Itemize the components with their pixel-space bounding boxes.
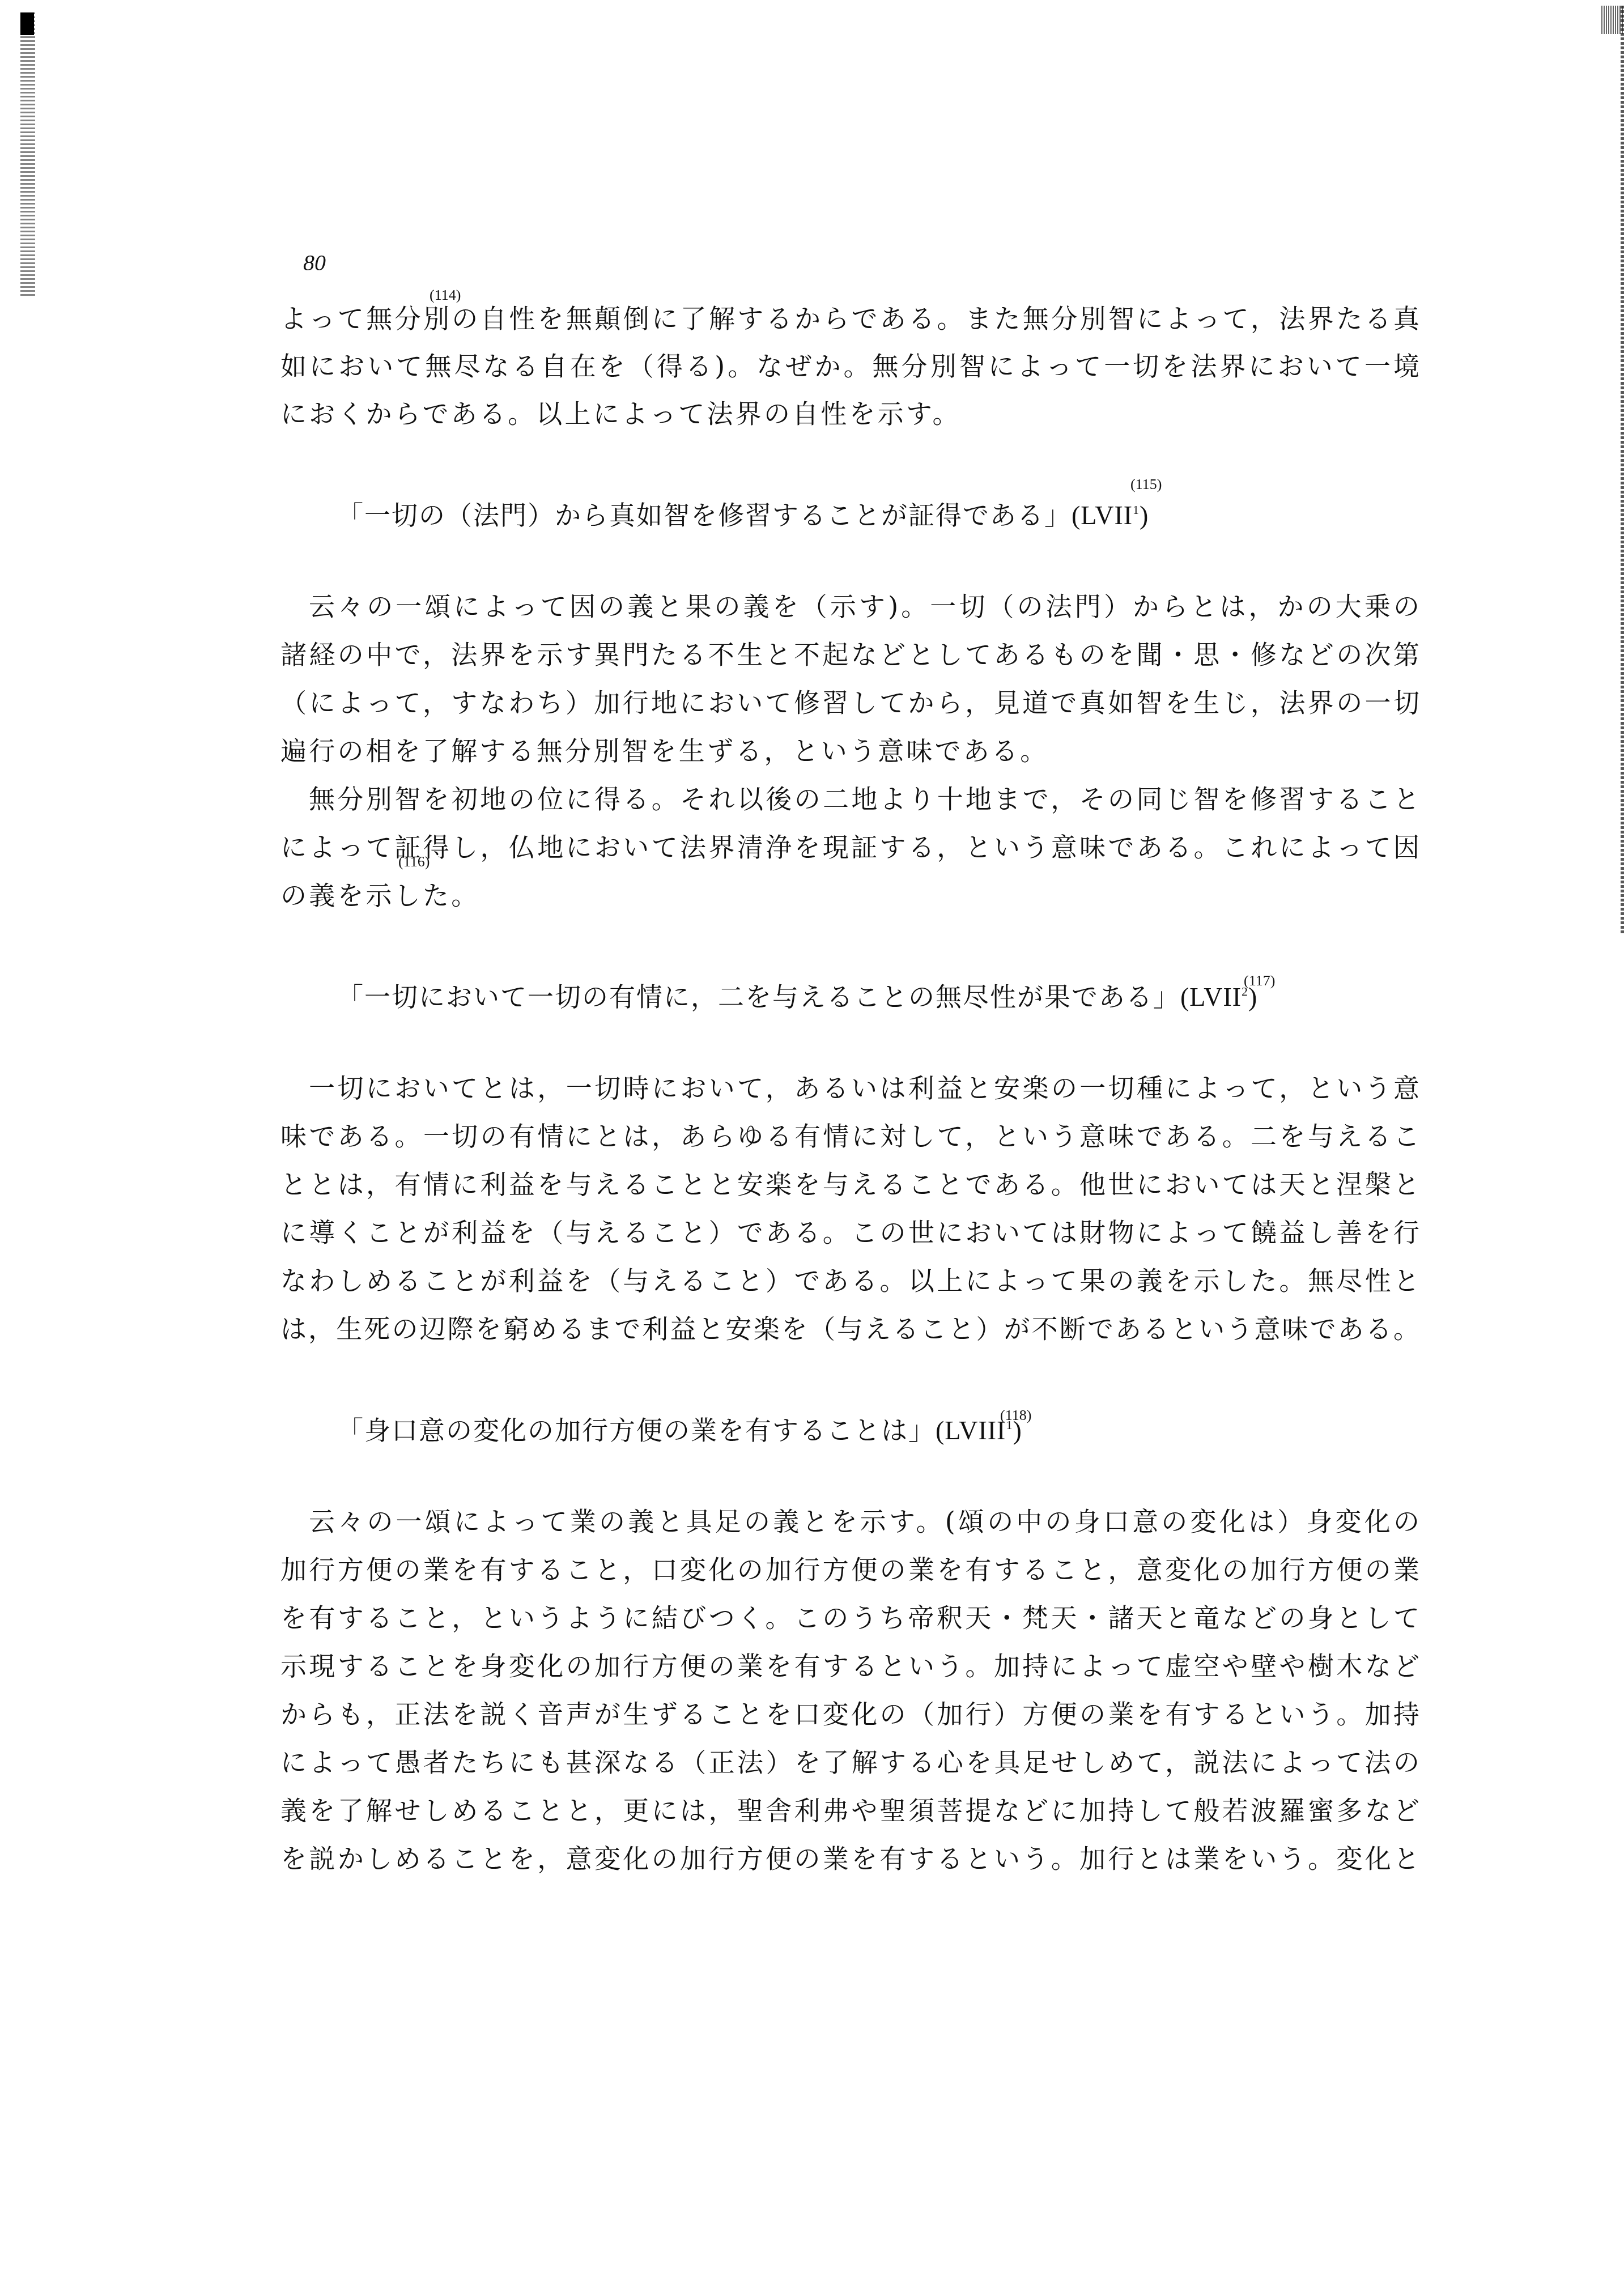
body-line: 一切においてとは，一切時において，あるいは利益と安楽の一切種によって，という意 xyxy=(280,1071,1419,1105)
body-line: 味である。一切の有情にとは，あらゆる有情に対して，という意味である。二を与えるこ xyxy=(280,1119,1419,1153)
verse-quote: 「一切の（法門）から真如智を修習することが証得である」(LVII1) xyxy=(337,493,1149,527)
scan-edge-left-top xyxy=(20,12,34,35)
body-line: は，生死の辺際を窮めるまで利益と安楽を（与えること）が不断であるという意味である… xyxy=(280,1312,1419,1346)
verse-quote: 「身口意の変化の加行方便の業を有することは」(LVIII1) xyxy=(337,1408,1022,1442)
verse-reference: (LVII1) xyxy=(1072,501,1149,530)
body-line: 加行方便の業を有すること，口変化の加行方便の業を有すること，意変化の加行方便の業 xyxy=(280,1553,1419,1587)
footnote-marker-117: (117) xyxy=(1244,973,1275,988)
body-line: 示現することを身変化の加行方便の業を有するという。加持によって虚空や壁や樹木など xyxy=(280,1649,1419,1683)
body-line: に導くことが利益を（与えること）である。この世においては財物によって饒益し善を行 xyxy=(280,1215,1419,1249)
verse-text: 「身口意の変化の加行方便の業を有することは」 xyxy=(337,1415,936,1445)
body-line: によって証得し，仏地において法界清浄を現証する，という意味である。これによって因 xyxy=(280,830,1419,864)
scan-edge-left xyxy=(20,12,35,296)
verse-text: 「一切の（法門）から真如智を修習することが証得である」 xyxy=(337,500,1072,530)
footnote-marker-114: (114) xyxy=(430,288,461,303)
body-line: ととは，有情に利益を与えることと安楽を与えることである。他世においては天と涅槃と xyxy=(280,1167,1419,1201)
body-line: 諸経の中で，法界を示す異門たる不生と不起などとしてあるものを聞・思・修などの次第 xyxy=(280,637,1419,671)
page-number: 80 xyxy=(303,249,326,276)
body-line: を説かしめることを，意変化の加行方便の業を有するという。加行とは業をいう。変化と xyxy=(280,1842,1419,1876)
body-line: 遍行の相を了解する無分別智を生ずる，という意味である。 xyxy=(280,734,1419,768)
body-line: よって無分別の自性を無顛倒に了解するからである。また無分別智によって，法界たる真 xyxy=(280,301,1419,335)
body-line: 云々の一頌によって因の義と果の義を（示す)。一切（の法門）からとは，かの大乗の xyxy=(280,589,1419,623)
body-line: の義を示した。 xyxy=(280,878,1419,912)
body-line: によって愚者たちにも甚深なる（正法）を了解する心を具足せしめて，説法によって法の xyxy=(280,1745,1419,1779)
body-line: 義を了解せしめることと，更には，聖舎利弗や聖須菩提などに加持して般若波羅蜜多など xyxy=(280,1793,1419,1827)
scan-edge-right xyxy=(1621,6,1624,935)
scan-edge-right-top xyxy=(1601,6,1624,34)
body-line: （によって，すなわち）加行地において修習してから，見道で真如智を生じ，法界の一切 xyxy=(280,686,1419,720)
body-line: におくからである。以上によって法界の自性を示す。 xyxy=(280,397,1419,431)
verse-quote: 「一切において一切の有情に，二を与えることの無尽性が果である」(LVII2) xyxy=(337,975,1257,1009)
body-line: 如において無尽なる自在を（得る)。なぜか。無分別智によって一切を法界において一境 xyxy=(280,349,1419,383)
body-line: 云々の一頌によって業の義と具足の義とを示す。(頌の中の身口意の変化は）身変化の xyxy=(280,1504,1419,1538)
footnote-marker-115: (115) xyxy=(1130,477,1162,492)
verse-text: 「一切において一切の有情に，二を与えることの無尽性が果である」 xyxy=(337,981,1180,1012)
body-line: 無分別智を初地の位に得る。それ以後の二地より十地まで，その同じ智を修習すること xyxy=(280,782,1419,816)
body-line: なわしめることが利益を（与えること）である。以上によって果の義を示した。無尽性と xyxy=(280,1264,1419,1298)
footnote-marker-118: (118) xyxy=(1000,1408,1031,1423)
body-line: を有すること，というように結びつく。このうち帝釈天・梵天・諸天と竜などの身として xyxy=(280,1601,1419,1635)
body-line: からも，正法を説く音声が生ずることを口変化の（加行）方便の業を有するという。加持 xyxy=(280,1697,1419,1731)
